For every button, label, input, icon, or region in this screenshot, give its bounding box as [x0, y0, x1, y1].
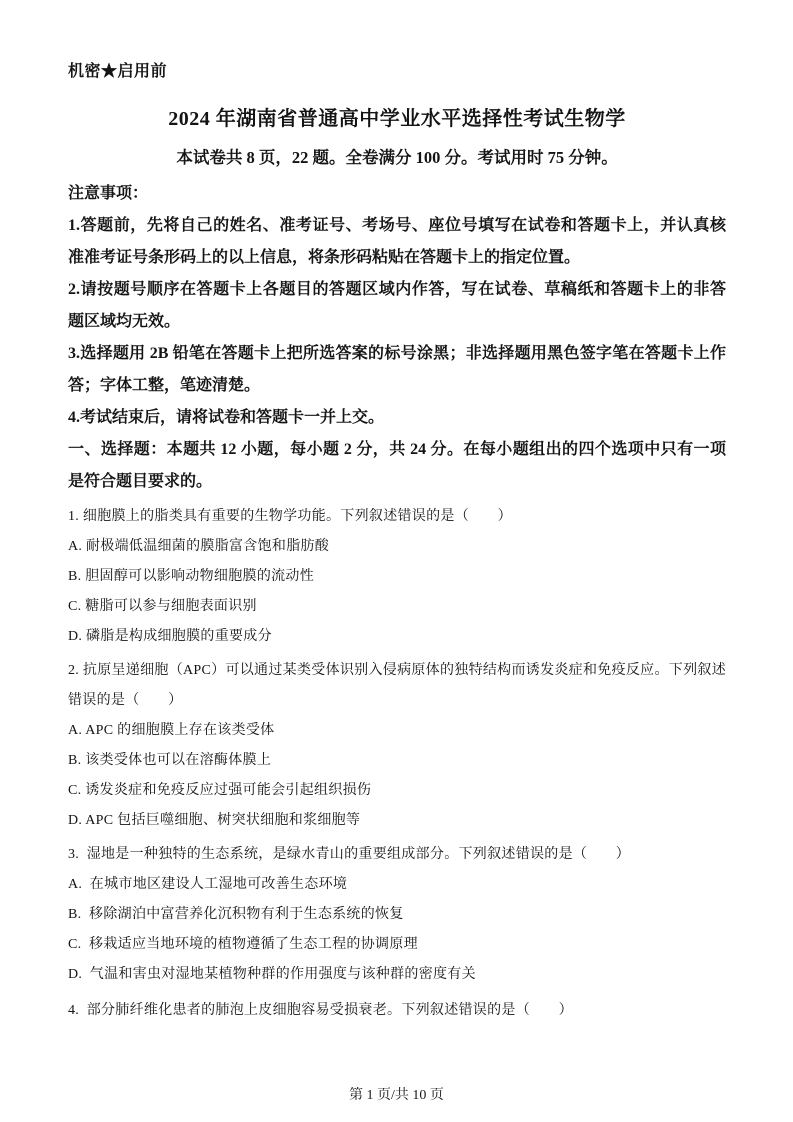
- notice-4-line-1: 4.考试结束后，请将试卷和答题卡一并上交。: [68, 402, 726, 434]
- q1-option-a: A. 耐极端低温细菌的膜脂富含饱和脂肪酸: [68, 532, 726, 562]
- notice-1-line-1: 1.答题前，先将自己的姓名、准考证号、考场号、座位号填写在试卷和答题卡上，并认真…: [68, 210, 726, 242]
- q2-option-b: B. 该类受体也可以在溶酶体膜上: [68, 746, 726, 776]
- q1-option-b: B. 胆固醇可以影响动物细胞膜的流动性: [68, 562, 726, 592]
- q1-stem: 1. 细胞膜上的脂类具有重要的生物学功能。下列叙述错误的是（ ）: [68, 502, 726, 532]
- notice-item-1: 1.答题前，先将自己的姓名、准考证号、考场号、座位号填写在试卷和答题卡上，并认真…: [68, 210, 726, 274]
- notice-2-line-1: 2.请按题号顺序在答题卡上各题目的答题区域内作答，写在试卷、草稿纸和答题卡上的非…: [68, 274, 726, 306]
- notice-item-3: 3.选择题用 2B 铅笔在答题卡上把所选答案的标号涂黑；非选择题用黑色签字笔在答…: [68, 338, 726, 402]
- question-3: 3. 湿地是一种独特的生态系统，是绿水青山的重要组成部分。下列叙述错误的是（ ）…: [68, 840, 726, 990]
- section-line-1: 一、选择题：本题共 12 小题，每小题 2 分，共 24 分。在每小题组出的四个…: [68, 434, 726, 466]
- section-heading-choice: 一、选择题：本题共 12 小题，每小题 2 分，共 24 分。在每小题组出的四个…: [68, 434, 726, 498]
- notice-heading: 注意事项：: [68, 178, 726, 210]
- notice-1-line-2: 准准考证号条形码上的以上信息，将条形码粘贴在答题卡上的指定位置。: [68, 242, 726, 274]
- question-1: 1. 细胞膜上的脂类具有重要的生物学功能。下列叙述错误的是（ ） A. 耐极端低…: [68, 502, 726, 652]
- q2-option-d: D. APC 包括巨噬细胞、树突状细胞和浆细胞等: [68, 806, 726, 836]
- page-number-footer: 第 1 页/共 10 页: [0, 1086, 793, 1106]
- exam-paper: 机密★启用前 2024 年湖南省普通高中学业水平选择性考试生物学 本试卷共 8 …: [0, 0, 793, 1122]
- q2-stem-line-2: 错误的是（ ）: [68, 686, 726, 716]
- security-label: 机密★启用前: [68, 62, 726, 82]
- q4-stem: 4. 部分肺纤维化患者的肺泡上皮细胞容易受损衰老。下列叙述错误的是（ ）: [68, 996, 726, 1026]
- notice-3-line-2: 答；字体工整，笔迹清楚。: [68, 370, 726, 402]
- q1-option-d: D. 磷脂是构成细胞膜的重要成分: [68, 622, 726, 652]
- q3-option-b: B. 移除湖泊中富营养化沉积物有利于生态系统的恢复: [68, 900, 726, 930]
- notice-item-4: 4.考试结束后，请将试卷和答题卡一并上交。: [68, 402, 726, 434]
- q3-option-c: C. 移栽适应当地环境的植物遵循了生态工程的协调原理: [68, 930, 726, 960]
- q3-option-d: D. 气温和害虫对湿地某植物种群的作用强度与该种群的密度有关: [68, 960, 726, 990]
- question-2: 2. 抗原呈递细胞（APC）可以通过某类受体识别入侵病原体的独特结构而诱发炎症和…: [68, 656, 726, 836]
- notice-2-line-2: 题区域均无效。: [68, 306, 726, 338]
- page-title: 2024 年湖南省普通高中学业水平选择性考试生物学: [68, 104, 726, 134]
- q3-stem: 3. 湿地是一种独特的生态系统，是绿水青山的重要组成部分。下列叙述错误的是（ ）: [68, 840, 726, 870]
- notice-3-line-1: 3.选择题用 2B 铅笔在答题卡上把所选答案的标号涂黑；非选择题用黑色签字笔在答…: [68, 338, 726, 370]
- section-line-2: 是符合题目要求的。: [68, 466, 726, 498]
- q2-stem-line-1: 2. 抗原呈递细胞（APC）可以通过某类受体识别入侵病原体的独特结构而诱发炎症和…: [68, 656, 726, 686]
- exam-info-line: 本试卷共 8 页，22 题。全卷满分 100 分。考试用时 75 分钟。: [68, 146, 726, 170]
- question-4: 4. 部分肺纤维化患者的肺泡上皮细胞容易受损衰老。下列叙述错误的是（ ）: [68, 996, 726, 1026]
- exam-page: { "page": { "security_label": "机密★启用前", …: [0, 0, 793, 1122]
- q2-option-a: A. APC 的细胞膜上存在该类受体: [68, 716, 726, 746]
- q2-option-c: C. 诱发炎症和免疫反应过强可能会引起组织损伤: [68, 776, 726, 806]
- q1-option-c: C. 糖脂可以参与细胞表面识别: [68, 592, 726, 622]
- q3-option-a: A. 在城市地区建设人工湿地可改善生态环境: [68, 870, 726, 900]
- notice-item-2: 2.请按题号顺序在答题卡上各题目的答题区域内作答，写在试卷、草稿纸和答题卡上的非…: [68, 274, 726, 338]
